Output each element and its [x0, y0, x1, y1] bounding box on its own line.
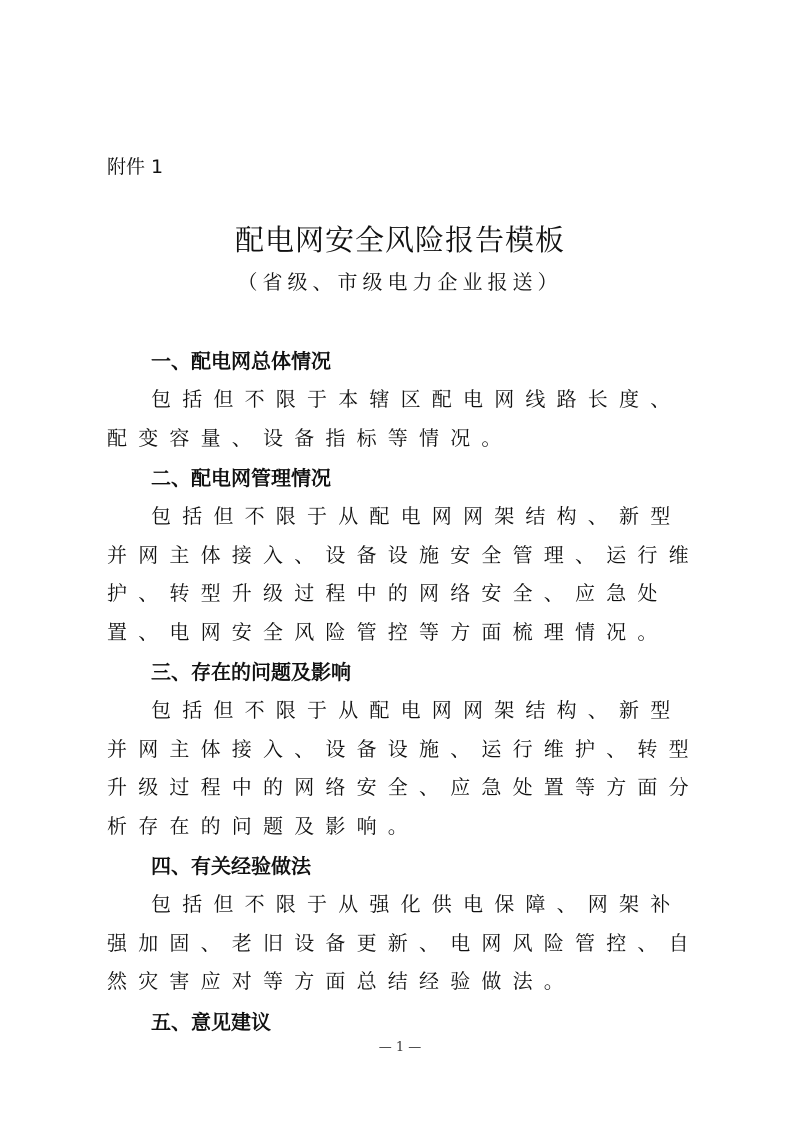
document-title: 配电网安全风险报告模板 — [0, 218, 800, 259]
section-paragraph: 包括但不限于从配电网网架结构、新型并网主体接入、设备设施、运行维护、转型升级过程… — [107, 691, 712, 845]
section-paragraph: 包括但不限于从配电网网架结构、新型并网主体接入、设备设施安全管理、运行维护、转型… — [107, 497, 712, 651]
document-body: 一、配电网总体情况 包括但不限于本辖区配电网线路长度、配变容量、设备指标等情况。… — [107, 340, 707, 1041]
document-page: 附件 1 配电网安全风险报告模板 （省级、市级电力企业报送） 一、配电网总体情况… — [0, 0, 800, 1131]
attachment-label: 附件 1 — [107, 152, 163, 179]
section-heading: 一、配电网总体情况 — [107, 342, 707, 380]
section-heading: 四、有关经验做法 — [107, 847, 707, 885]
section-heading: 二、配电网管理情况 — [107, 459, 707, 497]
section-heading: 三、存在的问题及影响 — [107, 653, 707, 691]
section-heading: 五、意见建议 — [107, 1003, 707, 1041]
section-paragraph: 包括但不限于本辖区配电网线路长度、配变容量、设备指标等情况。 — [107, 380, 712, 457]
page-number: — 1 — — [0, 1040, 800, 1055]
section-paragraph: 包括但不限于从强化供电保障、网架补强加固、老旧设备更新、电网风险管控、自然灾害应… — [107, 885, 712, 1001]
document-subtitle: （省级、市级电力企业报送） — [0, 266, 800, 295]
